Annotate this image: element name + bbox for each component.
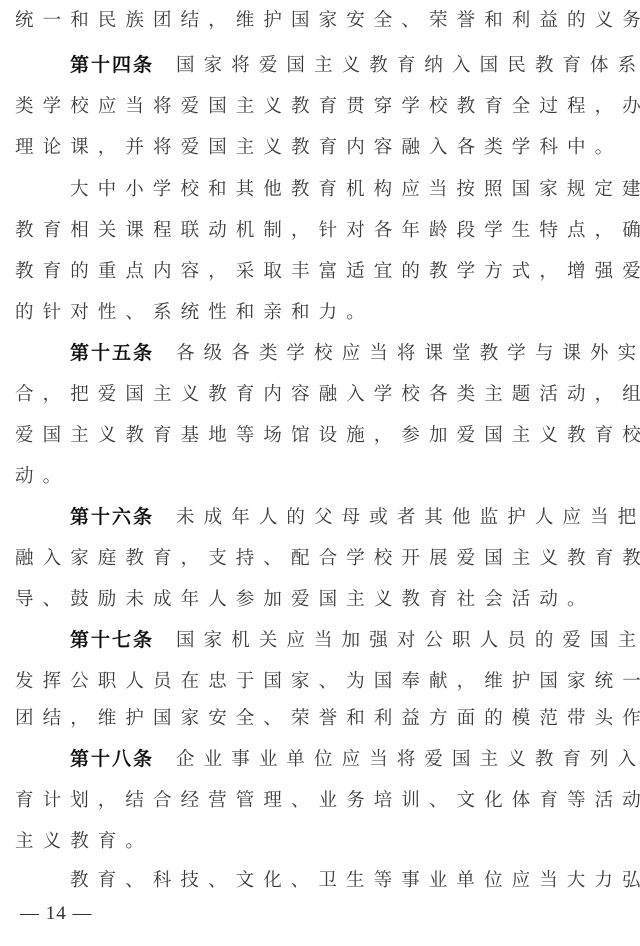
line-text: 发挥公职人员在忠于国家、为国奉献，维护国家统一、促进民族 bbox=[15, 671, 640, 692]
text-line: 教育相关课程联动机制，针对各年龄段学生特点，确定爱国主义 bbox=[15, 210, 627, 251]
text-line: 发挥公职人员在忠于国家、为国奉献，维护国家统一、促进民族 bbox=[15, 661, 627, 702]
text-line: 动。 bbox=[15, 456, 627, 497]
article-17-heading-line: 第十七条国家机关应当加强对公职人员的爱国主义教育， bbox=[15, 620, 640, 661]
article-number: 第十五条 bbox=[70, 342, 154, 364]
line-text: 的针对性、系统性和亲和力。 bbox=[15, 302, 374, 323]
article-number: 第十七条 bbox=[70, 629, 154, 651]
text-line: 团结，维护国家安全、荣誉和利益方面的模范带头作用。 bbox=[15, 698, 627, 739]
paragraph-start-line: 大中小学校和其他教育机构应当按照国家规定建立爱国主义 bbox=[15, 169, 640, 210]
line-text: 类学校应当将爱国主义教育贯穿学校教育全过程，办好思想政治 bbox=[15, 96, 640, 117]
line-text: 未成年人的父母或者其他监护人应当把热爱祖国 bbox=[176, 507, 640, 528]
line-text: 育计划，结合经营管理、业务培训、文化体育等活动，开展爱国 bbox=[15, 790, 640, 811]
line-text: 爱国主义教育基地等场馆设施，参加爱国主义教育校外实践活 bbox=[15, 425, 640, 446]
article-16-heading-line: 第十六条未成年人的父母或者其他监护人应当把热爱祖国 bbox=[15, 497, 640, 538]
paragraph-start-line: 教育、科技、文化、卫生等事业单位应当大力弘扬科学家精 bbox=[15, 860, 640, 901]
text-line: 统一和民族团结，维护国家安全、荣誉和利益的义务。 bbox=[15, 0, 627, 41]
text-line: 类学校应当将爱国主义教育贯穿学校教育全过程，办好思想政治 bbox=[15, 86, 627, 127]
text-line: 教育的重点内容，采取丰富适宜的教学方式，增强爱国主义教育 bbox=[15, 251, 627, 292]
line-text: 企业事业单位应当将爱国主义教育列入本单位教 bbox=[176, 749, 640, 770]
line-text: 团结，维护国家安全、荣誉和利益方面的模范带头作用。 bbox=[15, 708, 640, 729]
text-line: 合，把爱国主义教育内容融入学校各类主题活动，组织学生参观 bbox=[15, 374, 627, 415]
article-number: 第十六条 bbox=[70, 506, 154, 528]
article-18-heading-line: 第十八条企业事业单位应当将爱国主义教育列入本单位教 bbox=[15, 739, 640, 780]
line-text: 教育、科技、文化、卫生等事业单位应当大力弘扬科学家精 bbox=[70, 870, 640, 891]
line-text: 统一和民族团结，维护国家安全、荣誉和利益的义务。 bbox=[15, 10, 640, 31]
line-text: 动。 bbox=[15, 466, 70, 487]
text-line: 主义教育。 bbox=[15, 821, 627, 862]
article-number: 第十四条 bbox=[70, 54, 154, 76]
line-text: 主义教育。 bbox=[15, 831, 153, 852]
text-line: 的针对性、系统性和亲和力。 bbox=[15, 292, 627, 333]
line-text: 教育的重点内容，采取丰富适宜的教学方式，增强爱国主义教育 bbox=[15, 261, 640, 282]
article-15-heading-line: 第十五条各级各类学校应当将课堂教学与课外实践相结 bbox=[15, 333, 640, 374]
article-number: 第十八条 bbox=[70, 748, 154, 770]
line-text: 教育相关课程联动机制，针对各年龄段学生特点，确定爱国主义 bbox=[15, 220, 640, 241]
line-text: 导、鼓励未成年人参加爱国主义教育社会活动。 bbox=[15, 589, 595, 610]
text-line: 爱国主义教育基地等场馆设施，参加爱国主义教育校外实践活 bbox=[15, 415, 627, 456]
article-14-heading-line: 第十四条国家将爱国主义教育纳入国民教育体系。各级各 bbox=[15, 45, 640, 86]
text-line: 导、鼓励未成年人参加爱国主义教育社会活动。 bbox=[15, 579, 627, 620]
page-number: — 14 — bbox=[20, 903, 93, 925]
line-text: 国家机关应当加强对公职人员的爱国主义教育， bbox=[176, 630, 640, 651]
line-text: 融入家庭教育，支持、配合学校开展爱国主义教育教学活动，引 bbox=[15, 548, 640, 569]
line-text: 理论课，并将爱国主义教育内容融入各类学科中。 bbox=[15, 137, 622, 158]
line-text: 各级各类学校应当将课堂教学与课外实践相结 bbox=[176, 343, 640, 364]
document-page: 统一和民族团结，维护国家安全、荣誉和利益的义务。 第十四条国家将爱国主义教育纳入… bbox=[0, 0, 640, 946]
text-line: 理论课，并将爱国主义教育内容融入各类学科中。 bbox=[15, 127, 627, 168]
text-line: 育计划，结合经营管理、业务培训、文化体育等活动，开展爱国 bbox=[15, 780, 627, 821]
line-text: 国家将爱国主义教育纳入国民教育体系。各级各 bbox=[176, 55, 640, 76]
line-text: 大中小学校和其他教育机构应当按照国家规定建立爱国主义 bbox=[70, 179, 640, 200]
line-text: 合，把爱国主义教育内容融入学校各类主题活动，组织学生参观 bbox=[15, 384, 640, 405]
text-line: 融入家庭教育，支持、配合学校开展爱国主义教育教学活动，引 bbox=[15, 538, 627, 579]
